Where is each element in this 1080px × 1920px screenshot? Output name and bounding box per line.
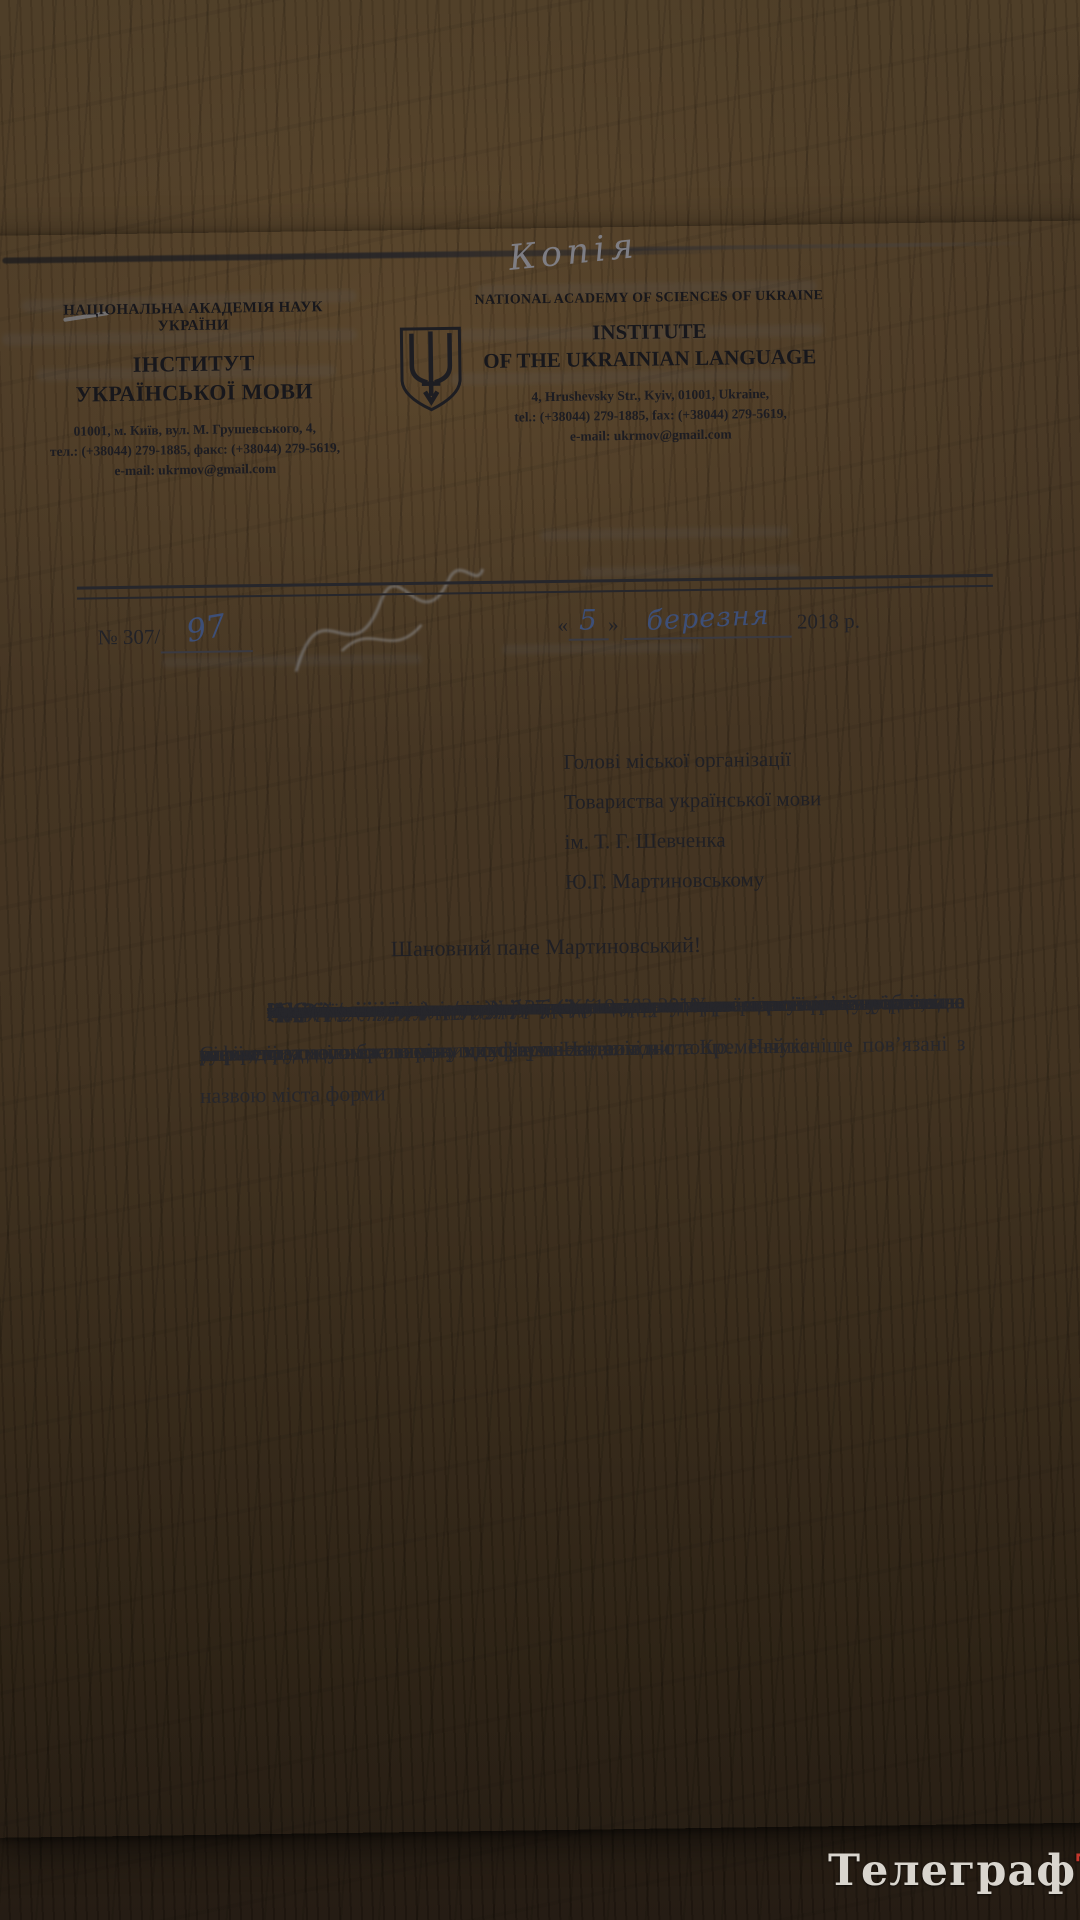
reference-number: № 307/97 [97, 614, 252, 654]
letter-date: «5» березня 2018 р. [557, 602, 860, 641]
salutation: Шановний пане Мартиновський! [130, 928, 962, 966]
reference-number-blank: 97 [160, 614, 253, 653]
handwritten-copy-note: Копія [507, 220, 750, 279]
contact-block-uk: 01001, м. Київ, вул. М. Грушевського, 4,… [37, 418, 354, 482]
institute-name-uk-line2: УКРАЇНСЬКОЇ МОВИ [36, 376, 352, 409]
bleedthrough-mark [502, 642, 702, 655]
institute-name-uk: ІНСТИТУТ УКРАЇНСЬКОЇ МОВИ [36, 347, 353, 409]
addressee-line-2: Товариства української мови [564, 776, 965, 822]
date-month-blank: березня [623, 605, 791, 640]
contact-block-en: 4, Hrushevsky Str., Kyiv, 01001, Ukraine… [466, 383, 835, 448]
institute-name-en-line2: OF THE UKRAINIAN LANGUAGE [466, 343, 834, 375]
date-year: 2018 р. [797, 609, 860, 634]
telegraf-watermark: ТелеграфЪ [828, 1846, 1080, 1896]
tryzub-emblem-icon [397, 325, 464, 414]
header-double-rule [77, 574, 993, 600]
bleedthrough-mark [581, 565, 801, 578]
institute-name-uk-line1: ІНСТИТУТ [36, 347, 352, 380]
date-close-quote: » [608, 612, 619, 636]
handwritten-day: 5 [579, 603, 597, 636]
date-open-quote: « [557, 613, 568, 637]
handwritten-reference-number: 97 [184, 608, 229, 650]
watermark-main-text: Телеграф [828, 1846, 1076, 1896]
academy-name-uk: НАЦІОНАЛЬНА АКАДЕМІЯ НАУК УКРАЇНИ [35, 299, 351, 337]
handwritten-month: березня [645, 600, 769, 637]
date-day-blank: 5 [568, 605, 608, 641]
body-paragraph-2: З огляду на зазначені особливості творен… [131, 980, 965, 992]
addressee-block: Голові міської організації Товариства ук… [563, 736, 965, 902]
ghost-signature-squiggle [280, 529, 492, 702]
addressee-line-4: Ю.Г. Мартиновському [565, 856, 966, 902]
header-english-column: NATIONAL ACADEMY OF SCIENCES OF UKRAINE … [465, 288, 835, 448]
addressee-line-1: Голові міської організації [563, 736, 964, 782]
addressee-line-3: ім. Т. Г. Шевченка [564, 816, 965, 862]
reference-number-label: № 307/ [97, 624, 160, 649]
letter-body: На Ваш лист-запит за № 25 від 19 .02.201… [131, 980, 965, 992]
bleedthrough-mark [540, 527, 790, 540]
header-ukrainian-column: НАЦІОНАЛЬНА АКАДЕМІЯ НАУК УКРАЇНИ ІНСТИТ… [35, 299, 353, 482]
letter-sheet: Копія НАЦІОНАЛЬНА АКАДЕМІЯ НАУК УКРАЇНИ … [0, 220, 1080, 1838]
photo-of-letter: { "photo": { "copy_note": "Копія", "wate… [0, 0, 1080, 1920]
watermark-accent-letter: Ъ [1076, 1846, 1080, 1896]
institute-name-en: INSTITUTE OF THE UKRAINIAN LANGUAGE [465, 316, 834, 375]
